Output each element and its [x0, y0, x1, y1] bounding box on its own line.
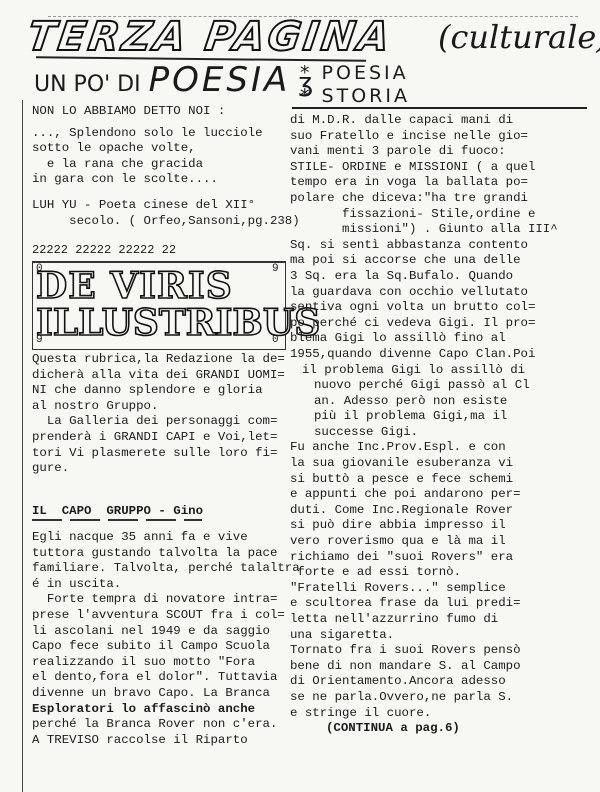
- intro-line: gure.: [32, 461, 285, 477]
- separator-row: 22222 22222 22222 22: [32, 243, 176, 257]
- poem-attribution: secolo. ( Orfeo,Sansoni,pg.238): [32, 214, 300, 230]
- heading-underline-marks: [32, 519, 202, 521]
- section-label-small: UN PO' DI: [34, 72, 141, 97]
- poem-line: in gara con le scolte....: [32, 172, 300, 188]
- poem-block: NON LO ABBIAMO DETTO NOI : ..., Splendon…: [32, 104, 300, 229]
- article-line: bene di non mandare S. al Campo: [290, 659, 558, 675]
- article-line: missioni") . Giunto alla III^: [290, 222, 558, 238]
- article-line: la sua giovanile esuberanza vi: [290, 456, 558, 472]
- article-line: forte e ad essi tornò.: [290, 565, 558, 581]
- article-line: A TREVISO raccolse il Riparto: [32, 733, 300, 749]
- article-line: Sq. si sentì abbastanza contento: [290, 238, 558, 254]
- topic-item: * POESIA: [300, 62, 410, 85]
- article-line: letta nell'azzurrino fumo di: [290, 612, 558, 628]
- article-line: 3 Sq. era la Sq.Bufalo. Quando: [290, 269, 558, 285]
- article-line: ma poi si accorse che una delle: [290, 253, 558, 269]
- article-heading: IL CAPO GRUPPO - Gino: [32, 504, 203, 520]
- article-line: é in uscita.: [32, 577, 300, 593]
- article-line: Forte tempra di novatore intra=: [32, 592, 300, 608]
- article-heading-text: IL CAPO GRUPPO - Gino: [32, 504, 203, 520]
- article-line: Fu anche Inc.Prov.Espl. e con: [290, 440, 558, 456]
- poem-attribution: LUH YU - Poeta cinese del XII°: [32, 198, 300, 214]
- intro-line: al nostro Gruppo.: [32, 399, 285, 415]
- intro-line: prenderà i GRANDI CAPI e Voi,let=: [32, 430, 285, 446]
- topic-item: * STORIA: [300, 85, 410, 108]
- article-line: suo Fratello e incise nelle gio=: [290, 129, 558, 145]
- article-line: e stringe il cuore.: [290, 706, 558, 722]
- article-line: perché la Branca Rover non c'era.: [32, 717, 300, 733]
- topics-underline: [292, 107, 587, 109]
- article-line: 1955,quando divenne Capo Clan.Poi: [290, 347, 558, 363]
- article-right-column: di M.D.R. dalle capaci mani di suo Frate…: [290, 113, 558, 737]
- article-line: si può dire abbia impresso il: [290, 518, 558, 534]
- article-line: an. Adesso però non esiste: [290, 394, 558, 410]
- page-subtitle: (culturale): [438, 18, 600, 56]
- topic-list: * POESIA * STORIA: [300, 62, 410, 108]
- article-line: divenne un bravo Capo. La Branca: [32, 686, 300, 702]
- article-line: fissazioni- Stile,ordine e: [290, 207, 558, 223]
- article-line: una sigaretta.: [290, 628, 558, 644]
- column-rule: [22, 100, 23, 792]
- article-line: successe Gigi.: [290, 425, 558, 441]
- article-line: richiamo dei "suoi Rovers" era: [290, 550, 558, 566]
- intro-line: Questa rubrica,la Redazione la de=: [32, 352, 285, 368]
- poem-line: ..., Splendono solo le lucciole: [32, 126, 300, 142]
- article-line: sentiva ogni volta un brutto col=: [290, 300, 558, 316]
- article-line: li ascolani nel 1949 e da saggio: [32, 624, 300, 640]
- article-line: po perché ci vedeva Gigi. Il pro=: [290, 316, 558, 332]
- article-line: più il problema Gigi,ma il: [290, 409, 558, 425]
- article-line: el dento,fora el dolor". Tuttavia: [32, 670, 300, 686]
- article-line: blema Gigi lo assillò fino al: [290, 331, 558, 347]
- article-line: STILE- ORDINE e MISSIONI ( a quel: [290, 160, 558, 176]
- article-line: tuttora gustando talvolta la pace: [32, 546, 300, 562]
- intro-line: La Galleria dei personaggi com=: [32, 414, 285, 430]
- article-line: prese l'avventura SCOUT fra i col=: [32, 608, 300, 624]
- section-label-big: POESIA: [149, 60, 291, 100]
- article-line: vero roverismo qua e là ma il: [290, 534, 558, 550]
- article-line: e appunti che poi andarono per=: [290, 487, 558, 503]
- article-line: Tornato fra i suoi Rovers pensò: [290, 643, 558, 659]
- article-line: familiare. Talvolta, perché talaltra: [32, 561, 300, 577]
- rubric-title: DE VIRIS ILLUSTRIBUS: [36, 268, 320, 342]
- article-left-column: Egli nacque 35 anni fa e vive tuttora gu…: [32, 530, 300, 748]
- rubric-intro: Questa rubrica,la Redazione la de= diche…: [32, 352, 285, 477]
- article-line: realizzando il suo motto "Fora: [32, 655, 300, 671]
- poem-line: sotto le opache volte,: [32, 141, 300, 157]
- intro-line: tori Vi plasmerete sulle loro fi=: [32, 446, 285, 462]
- poem-line: e la rana che gracida: [32, 157, 300, 173]
- continuation-note: (CONTINUA a pag.6): [290, 721, 558, 737]
- article-line: Esploratori lo affascinò anche: [32, 702, 300, 718]
- article-line: e scultorea frase da lui predi=: [290, 596, 558, 612]
- article-line: Capo fece subito il Campo Scuola: [32, 639, 300, 655]
- article-line: nuovo perché Gigi passò al Cl: [290, 378, 558, 394]
- poem-heading: NON LO ABBIAMO DETTO NOI :: [32, 104, 300, 120]
- article-line: la guardava con occhio vellutato: [290, 285, 558, 301]
- article-line: vani menti 3 parole di fuoco:: [290, 144, 558, 160]
- article-line: "Fratelli Rovers..." semplice: [290, 581, 558, 597]
- article-line: di M.D.R. dalle capaci mani di: [290, 113, 558, 129]
- article-line: il problema Gigi lo assillò di: [290, 363, 558, 379]
- newsletter-page: TERZA PAGINA (culturale) UN PO' DIPOESIA…: [0, 0, 600, 792]
- article-line: Egli nacque 35 anni fa e vive: [32, 530, 300, 546]
- rubric-title-line1: DE VIRIS: [36, 265, 233, 307]
- page-title: TERZA PAGINA: [25, 14, 396, 60]
- rubric-title-line2: ILLUSTRIBUS: [36, 305, 320, 342]
- article-line: duti. Come Inc.Regionale Rover: [290, 503, 558, 519]
- intro-line: dicherà alla vita dei GRANDI UOMI=: [32, 368, 285, 384]
- section-banner: UN PO' DIPOESIAʒ: [34, 60, 313, 100]
- intro-line: NI che danno splendore e gloria: [32, 383, 285, 399]
- article-line: polare che diceva:"ha tre grandi: [290, 191, 558, 207]
- article-line: tempo era in voga la ballata po=: [290, 175, 558, 191]
- article-line: se ne parla.Ovvero,ne parla S.: [290, 690, 558, 706]
- article-line: si buttò a pesce e fece schemi: [290, 472, 558, 488]
- article-line: di Orientamento.Ancora adesso: [290, 674, 558, 690]
